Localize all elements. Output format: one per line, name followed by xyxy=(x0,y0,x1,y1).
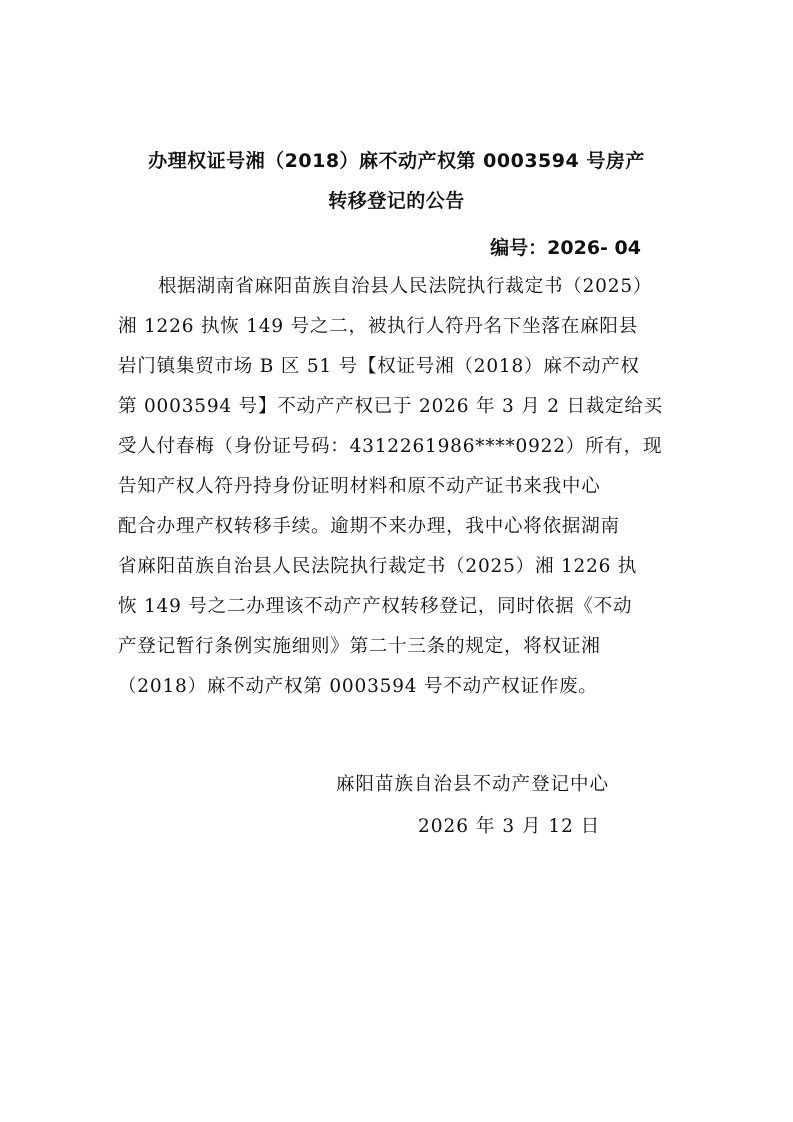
document-number: 编号：2026- 04 xyxy=(490,233,641,260)
body-line: 岩门镇集贸市场 B 区 51 号【权证号湘（2018）麻不动产权 xyxy=(118,352,688,378)
signature-date: 2026 年 3 月 12 日 xyxy=(418,812,600,838)
body-line: 受人付春梅（身份证号码：4312261986****0922）所有，现 xyxy=(118,432,688,458)
body-line: 省麻阳苗族自治县人民法院执行裁定书（2025）湘 1226 执 xyxy=(118,552,688,578)
body-line: 根据湖南省麻阳苗族自治县人民法院执行裁定书（2025） xyxy=(158,272,728,298)
body-line: 产登记暂行条例实施细则》第二十三条的规定，将权证湘 xyxy=(118,632,688,658)
body-line: 湘 1226 执恢 149 号之二，被执行人符丹名下坐落在麻阳县 xyxy=(118,312,688,338)
announcement-title-line2: 转移登记的公告 xyxy=(0,186,793,213)
body-line: 第 0003594 号】不动产产权已于 2026 年 3 月 2 日裁定给买 xyxy=(118,392,688,418)
body-line: （2018）麻不动产权第 0003594 号不动产权证作废。 xyxy=(118,672,688,698)
body-line: 告知产权人符丹持身份证明材料和原不动产证书来我中心 xyxy=(118,472,688,498)
body-line: 配合办理产权转移手续。逾期不来办理，我中心将依据湖南 xyxy=(118,512,688,538)
announcement-title-line1: 办理权证号湘（2018）麻不动产权第 0003594 号房产 xyxy=(0,146,793,173)
body-line: 恢 149 号之二办理该不动产产权转移登记，同时依据《不动 xyxy=(118,592,688,618)
signature-organization: 麻阳苗族自治县不动产登记中心 xyxy=(336,770,609,796)
